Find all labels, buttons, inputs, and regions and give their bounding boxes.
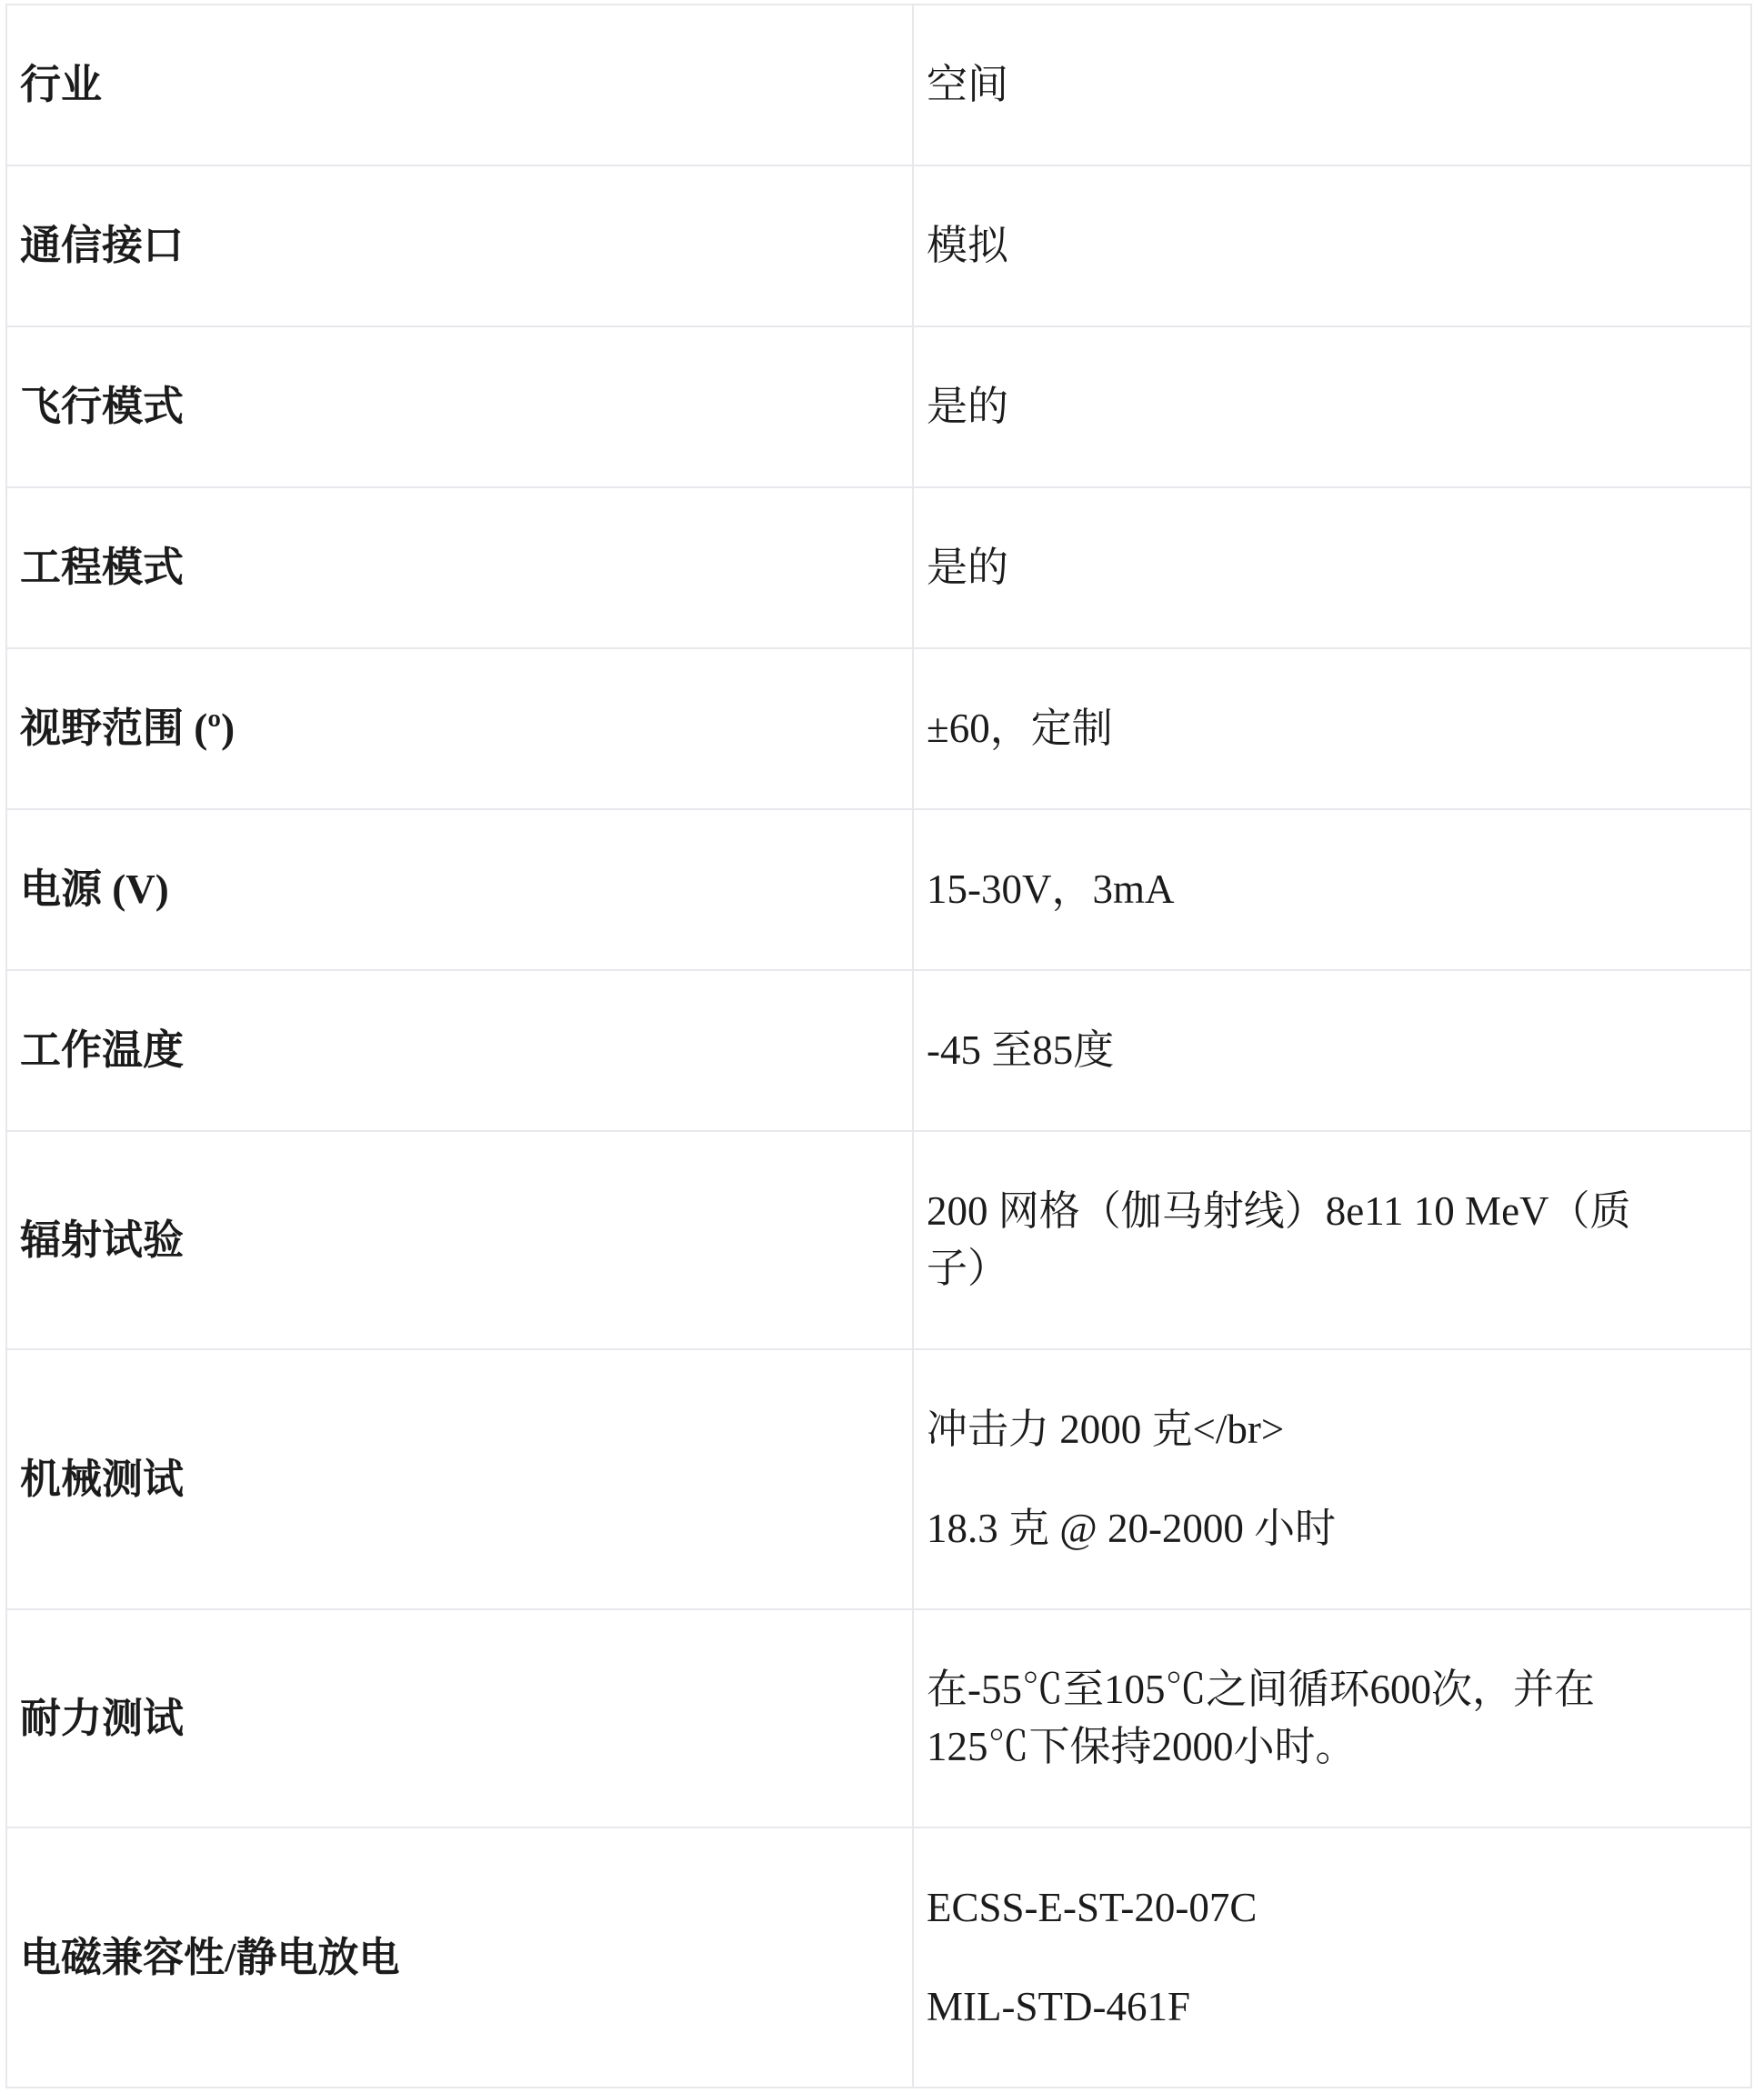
spec-value-line: 在-55℃至105℃之间循环600次，并在125℃下保持2000小时。 (927, 1661, 1654, 1776)
spec-value-line: 15-30V，3mA (927, 861, 1654, 918)
spec-value-cell: 是的 (913, 487, 1751, 648)
spec-value-block: 空间 (927, 56, 1654, 114)
spec-value-block: ±60，定制 (927, 700, 1654, 757)
spec-value-line: 冲击力 2000 克</br> (927, 1401, 1654, 1458)
spec-value-cell: 是的 (913, 326, 1751, 487)
spec-value-block: 在-55℃至105℃之间循环600次，并在125℃下保持2000小时。 (927, 1661, 1654, 1776)
table-row: 工作温度-45 至85度 (6, 970, 1751, 1131)
spec-value-block: -45 至85度 (927, 1022, 1654, 1079)
spec-value-line: ECSS-E-ST-20-07C (927, 1879, 1654, 1937)
table-row: 辐射试验200 网格（伽马射线）8e11 10 MeV（质子） (6, 1131, 1751, 1349)
spec-value-block: 模拟 (927, 217, 1654, 275)
table-row: 飞行模式是的 (6, 326, 1751, 487)
spec-value-cell: 空间 (913, 5, 1751, 165)
spec-label: 电源 (V) (6, 809, 913, 970)
spec-label: 行业 (6, 5, 913, 165)
table-row: 行业空间 (6, 5, 1751, 165)
spec-value-line: 200 网格（伽马射线）8e11 10 MeV（质子） (927, 1183, 1654, 1297)
spec-value-line: 18.3 克 @ 20-2000 小时 (927, 1500, 1654, 1557)
spec-value-cell: 15-30V，3mA (913, 809, 1751, 970)
spec-label: 通信接口 (6, 165, 913, 326)
spec-value-cell: ECSS-E-ST-20-07CMIL-STD-461F (913, 1828, 1751, 2088)
spec-label: 视野范围 (º) (6, 648, 913, 809)
spec-value-line: 是的 (927, 378, 1654, 436)
spec-value-block: 是的 (927, 378, 1654, 436)
spec-value-line: 是的 (927, 539, 1654, 596)
spec-value-line: MIL-STD-461F (927, 1978, 1654, 2036)
spec-value-cell: -45 至85度 (913, 970, 1751, 1131)
spec-label: 耐力测试 (6, 1609, 913, 1828)
spec-value-line: ±60，定制 (927, 700, 1654, 757)
spec-value-cell: 在-55℃至105℃之间循环600次，并在125℃下保持2000小时。 (913, 1609, 1751, 1828)
spec-value-block: 15-30V，3mA (927, 861, 1654, 918)
table-row: 电磁兼容性/静电放电ECSS-E-ST-20-07CMIL-STD-461F (6, 1828, 1751, 2088)
spec-label: 辐射试验 (6, 1131, 913, 1349)
spec-label: 机械测试 (6, 1349, 913, 1609)
spec-label: 工作温度 (6, 970, 913, 1131)
spec-label: 工程模式 (6, 487, 913, 648)
spec-table-body: 行业空间通信接口模拟飞行模式是的工程模式是的视野范围 (º)±60，定制电源 (… (6, 5, 1751, 2088)
spec-value-block: ECSS-E-ST-20-07CMIL-STD-461F (927, 1879, 1654, 2036)
spec-label: 电磁兼容性/静电放电 (6, 1828, 913, 2088)
spec-value-cell: ±60，定制 (913, 648, 1751, 809)
table-row: 视野范围 (º)±60，定制 (6, 648, 1751, 809)
spec-value-cell: 冲击力 2000 克</br>18.3 克 @ 20-2000 小时 (913, 1349, 1751, 1609)
spec-value-cell: 200 网格（伽马射线）8e11 10 MeV（质子） (913, 1131, 1751, 1349)
spec-value-block: 是的 (927, 539, 1654, 596)
spec-value-line: 模拟 (927, 217, 1654, 275)
table-row: 电源 (V)15-30V，3mA (6, 809, 1751, 970)
spec-value-block: 冲击力 2000 克</br>18.3 克 @ 20-2000 小时 (927, 1401, 1654, 1557)
spec-label: 飞行模式 (6, 326, 913, 487)
spec-value-cell: 模拟 (913, 165, 1751, 326)
table-row: 通信接口模拟 (6, 165, 1751, 326)
spec-table: 行业空间通信接口模拟飞行模式是的工程模式是的视野范围 (º)±60，定制电源 (… (5, 4, 1752, 2088)
spec-value-block: 200 网格（伽马射线）8e11 10 MeV（质子） (927, 1183, 1654, 1297)
table-row: 耐力测试在-55℃至105℃之间循环600次，并在125℃下保持2000小时。 (6, 1609, 1751, 1828)
table-row: 工程模式是的 (6, 487, 1751, 648)
spec-value-line: 空间 (927, 56, 1654, 114)
table-row: 机械测试冲击力 2000 克</br>18.3 克 @ 20-2000 小时 (6, 1349, 1751, 1609)
spec-value-line: -45 至85度 (927, 1022, 1654, 1079)
